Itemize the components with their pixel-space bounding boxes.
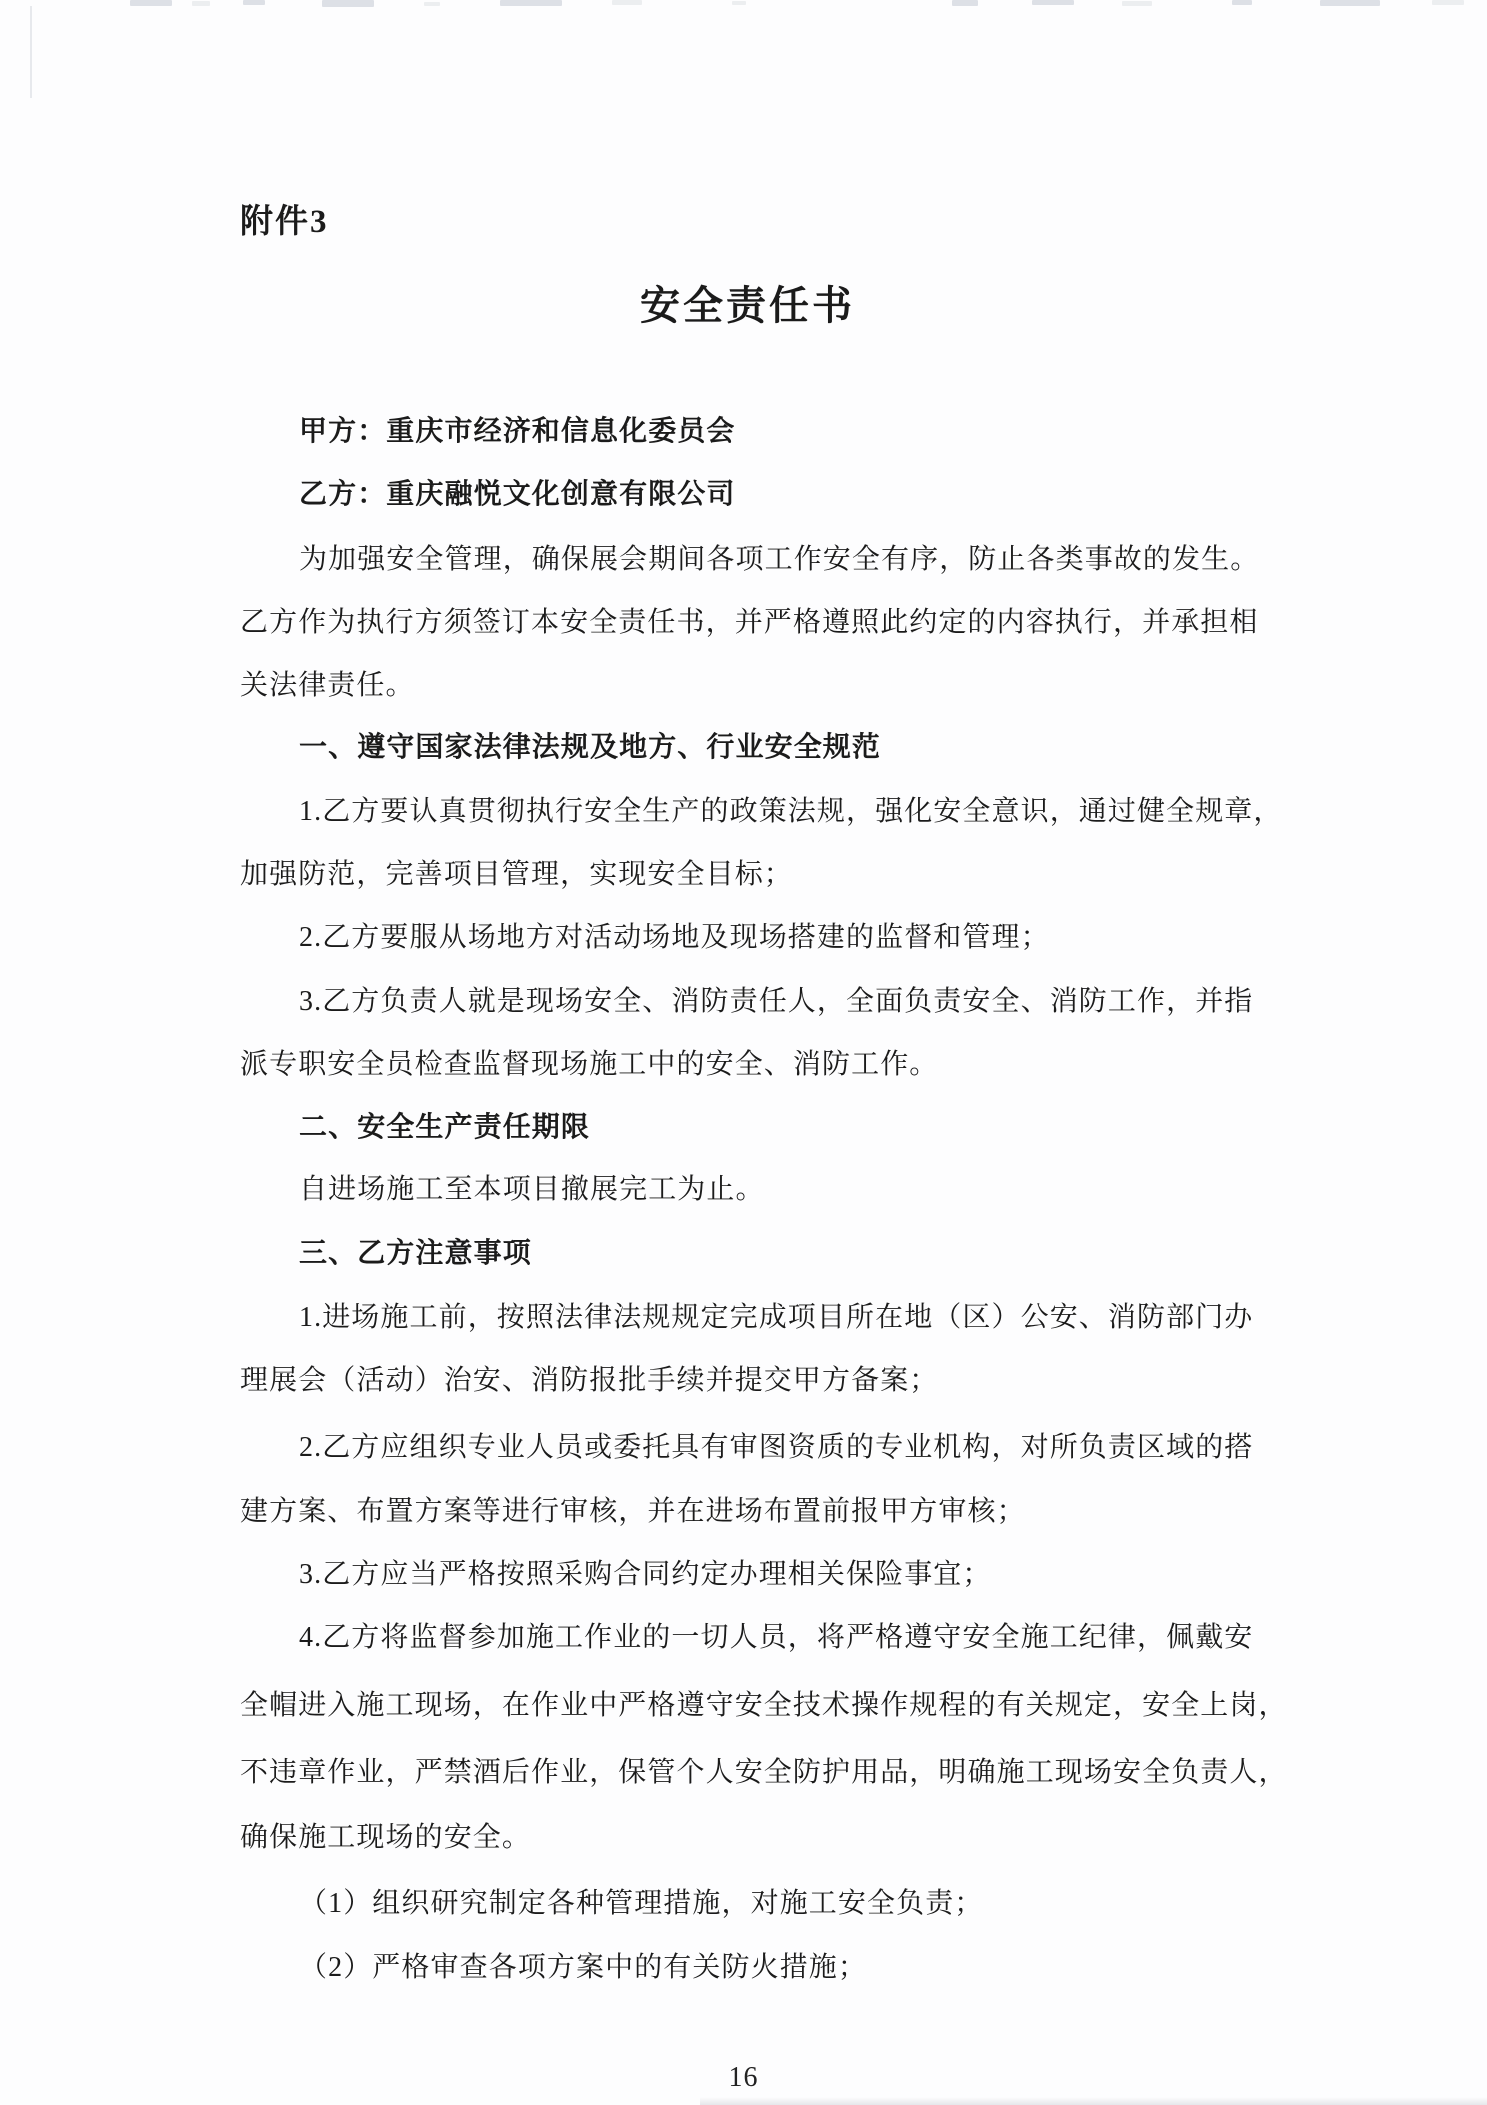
document-line: 4.乙方将监督参加施工作业的一切人员，将严格遵守安全施工纪律，佩戴安 [240, 1615, 1314, 1661]
scan-artifact [322, 0, 374, 7]
document-line: 2.乙方应组织专业人员或委托具有审图资质的专业机构，对所负责区域的搭 [240, 1425, 1314, 1471]
scan-artifact [1232, 0, 1252, 5]
scan-artifact [732, 1, 746, 5]
scan-artifact [243, 0, 265, 5]
document-line: （2）严格审查各项方案中的有关防火措施； [240, 1945, 1314, 1991]
scan-artifact [1432, 0, 1464, 5]
document-line: 派专职安全员检查监督现场施工中的安全、消防工作。 [240, 1042, 1255, 1088]
section-heading-2: 二、安全生产责任期限 [240, 1105, 1314, 1151]
scan-artifact [500, 0, 562, 6]
scan-artifact [612, 0, 642, 5]
document-line: 建方案、布置方案等进行审核，并在进场布置前报甲方审核； [240, 1489, 1255, 1535]
section-heading-1: 一、遵守国家法律法规及地方、行业安全规范 [240, 725, 1314, 771]
scan-artifact [1320, 0, 1380, 6]
scan-artifact [1122, 1, 1152, 6]
document-line: 确保施工现场的安全。 [240, 1815, 1255, 1861]
document-line: 自进场施工至本项目撤展完工为止。 [240, 1167, 1314, 1213]
party-a-line: 甲方：重庆市经济和信息化委员会 [240, 409, 1314, 455]
scan-artifact [1032, 0, 1074, 5]
scan-artifact [30, 6, 32, 98]
document-line: 关法律责任。 [240, 663, 1255, 709]
scan-artifact [424, 2, 440, 6]
document-line: （1）组织研究制定各种管理措施，对施工安全负责； [240, 1881, 1314, 1927]
document-line: 乙方作为执行方须签订本安全责任书，并严格遵照此约定的内容执行，并承担相 [240, 600, 1255, 646]
document-line: 全帽进入施工现场，在作业中严格遵守安全技术操作规程的有关规定，安全上岗， [240, 1683, 1255, 1729]
document-line: 加强防范，完善项目管理，实现安全目标； [240, 852, 1255, 898]
document-line: 2.乙方要服从场地方对活动场地及现场搭建的监督和管理； [240, 915, 1314, 961]
document-line: 1.进场施工前，按照法律法规规定完成项目所在地（区）公安、消防部门办 [240, 1295, 1314, 1341]
section-heading-3: 三、乙方注意事项 [240, 1231, 1314, 1277]
scan-artifact [700, 2097, 1487, 2105]
scan-artifact [192, 1, 210, 6]
page-number: 16 [0, 2062, 1487, 2094]
document-line: 理展会（活动）治安、消防报批手续并提交甲方备案； [240, 1358, 1255, 1404]
document-line: 3.乙方负责人就是现场安全、消防责任人，全面负责安全、消防工作，并指 [240, 979, 1314, 1025]
document-title: 安全责任书 [240, 283, 1255, 329]
scan-artifact [130, 0, 172, 6]
attachment-label: 附件3 [240, 199, 329, 245]
document-line: 不违章作业，严禁酒后作业，保管个人安全防护用品，明确施工现场安全负责人， [240, 1750, 1255, 1796]
document-page: 附件3 安全责任书 甲方：重庆市经济和信息化委员会 乙方：重庆融悦文化创意有限公… [0, 0, 1487, 2105]
document-line: 3.乙方应当严格按照采购合同约定办理相关保险事宜； [240, 1552, 1314, 1598]
document-line: 1.乙方要认真贯彻执行安全生产的政策法规，强化安全意识，通过健全规章， [240, 789, 1314, 835]
scan-artifact [952, 0, 978, 6]
party-b-line: 乙方：重庆融悦文化创意有限公司 [240, 472, 1314, 518]
document-line: 为加强安全管理，确保展会期间各项工作安全有序，防止各类事故的发生。 [240, 537, 1314, 583]
